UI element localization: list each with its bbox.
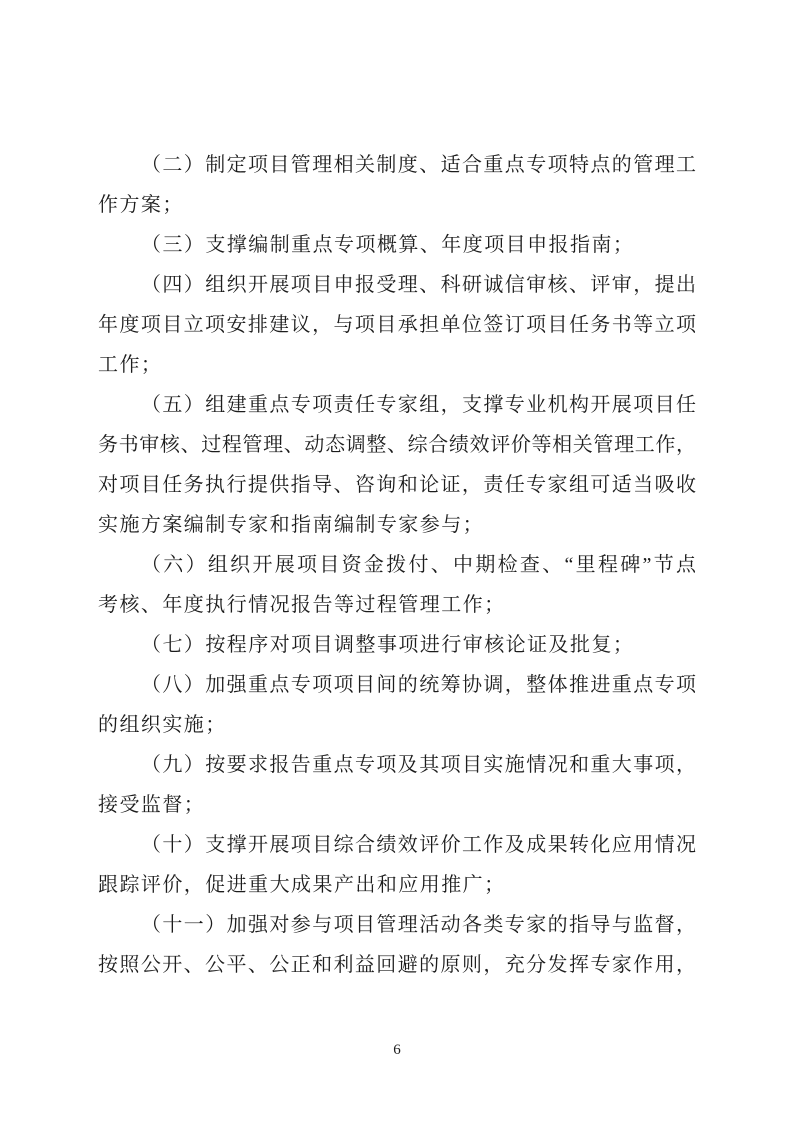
list-item-7: （七）按程序对项目调整事项进行审核论证及批复；: [98, 625, 696, 665]
paragraph-line: 务书审核、过程管理、动态调整、综合绩效评价等相关管理工作，: [98, 425, 696, 465]
paragraph-line: （四）组织开展项目申报受理、科研诚信审核、评审，提出: [98, 265, 696, 305]
list-item-8: （八）加强重点专项项目间的统筹协调，整体推进重点专项 的组织实施；: [98, 665, 696, 745]
document-body: （二）制定项目管理相关制度、适合重点专项特点的管理工 作方案； （三）支撑编制重…: [98, 145, 696, 985]
list-item-9: （九）按要求报告重点专项及其项目实施情况和重大事项， 接受监督；: [98, 745, 696, 825]
paragraph-line: （十一）加强对参与项目管理活动各类专家的指导与监督，: [98, 905, 696, 945]
paragraph-line: （十）支撑开展项目综合绩效评价工作及成果转化应用情况: [98, 825, 696, 865]
paragraph-line: 工作；: [98, 345, 696, 385]
list-item-11: （十一）加强对参与项目管理活动各类专家的指导与监督， 按照公开、公平、公正和利益…: [98, 905, 696, 985]
paragraph-line: 接受监督；: [98, 785, 696, 825]
list-item-5: （五）组建重点专项责任专家组，支撑专业机构开展项目任 务书审核、过程管理、动态调…: [98, 385, 696, 545]
list-item-3: （三）支撑编制重点专项概算、年度项目申报指南；: [98, 225, 696, 265]
paragraph-line: （二）制定项目管理相关制度、适合重点专项特点的管理工: [98, 145, 696, 185]
paragraph-line: （五）组建重点专项责任专家组，支撑专业机构开展项目任: [98, 385, 696, 425]
list-item-2: （二）制定项目管理相关制度、适合重点专项特点的管理工 作方案；: [98, 145, 696, 225]
paragraph-line: 实施方案编制专家和指南编制专家参与；: [98, 505, 696, 545]
list-item-4: （四）组织开展项目申报受理、科研诚信审核、评审，提出 年度项目立项安排建议，与项…: [98, 265, 696, 385]
paragraph-line: 作方案；: [98, 185, 696, 225]
paragraph-line: （九）按要求报告重点专项及其项目实施情况和重大事项，: [98, 745, 696, 785]
list-item-10: （十）支撑开展项目综合绩效评价工作及成果转化应用情况 跟踪评价，促进重大成果产出…: [98, 825, 696, 905]
paragraph-line: 按照公开、公平、公正和利益回避的原则，充分发挥专家作用，: [98, 945, 696, 985]
list-item-6: （六）组织开展项目资金拨付、中期检查、“里程碑”节点 考核、年度执行情况报告等过…: [98, 545, 696, 625]
paragraph-line: 对项目任务执行提供指导、咨询和论证，责任专家组可适当吸收: [98, 465, 696, 505]
paragraph-line: 年度项目立项安排建议，与项目承担单位签订项目任务书等立项: [98, 305, 696, 345]
page-number: 6: [0, 1040, 794, 1060]
paragraph-line: 的组织实施；: [98, 705, 696, 745]
paragraph-line: 考核、年度执行情况报告等过程管理工作；: [98, 585, 696, 625]
paragraph-line: 跟踪评价，促进重大成果产出和应用推广；: [98, 865, 696, 905]
paragraph-line: （六）组织开展项目资金拨付、中期检查、“里程碑”节点: [98, 545, 696, 585]
document-page: （二）制定项目管理相关制度、适合重点专项特点的管理工 作方案； （三）支撑编制重…: [0, 0, 794, 1123]
paragraph-line: （三）支撑编制重点专项概算、年度项目申报指南；: [98, 225, 696, 265]
paragraph-line: （七）按程序对项目调整事项进行审核论证及批复；: [98, 625, 696, 665]
paragraph-line: （八）加强重点专项项目间的统筹协调，整体推进重点专项: [98, 665, 696, 705]
